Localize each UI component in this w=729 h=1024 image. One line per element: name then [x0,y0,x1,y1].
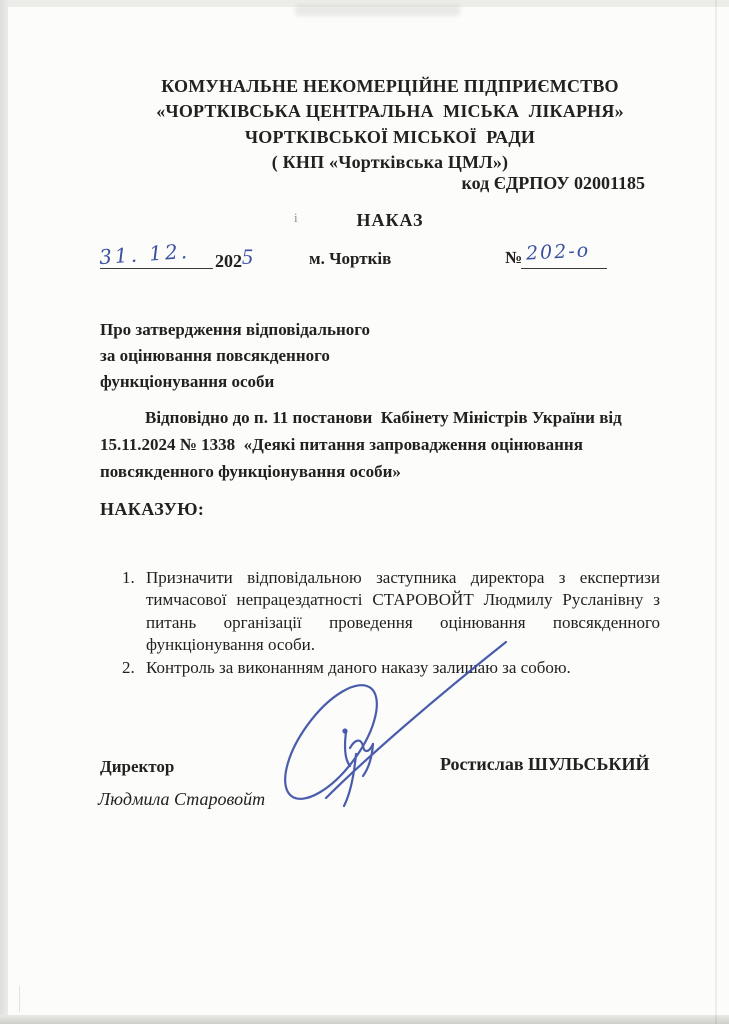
subject-line-1: Про затвердження відповідального [100,317,370,343]
item-1-line-3: питань організації проведення оцінювання… [146,612,660,634]
edrpou-code: код ЄДРПОУ 02001185 [430,173,645,194]
signer-position: Директор [100,757,174,777]
order-title: НАКАЗ [100,210,680,231]
year-handwritten-digit: 5 [242,244,253,269]
signature-ink [268,636,513,826]
org-header: КОМУНАЛЬНЕ НЕКОМЕРЦІЙНЕ ПІДПРИЄМСТВО «ЧО… [100,74,680,175]
order-subject: Про затвердження відповідального за оцін… [100,317,370,395]
subject-line-2: за оцінювання повсякденного [100,343,370,369]
stray-dot-artifact: . [312,153,316,169]
item-1-line-2: тимчасової непрацездатності СТАРОВОЙТ Лю… [146,589,660,611]
number-underline [521,268,607,269]
item-number: 2. [122,657,146,679]
scan-bleed-through-artifact [295,5,460,16]
scan-edge-right [715,0,717,1024]
handwritten-order-number: 202-о [525,239,590,264]
prepared-by-name: Людмила Старовойт [98,789,265,810]
year-printed-part: 202 [215,251,242,271]
signer-name: Ростислав ШУЛЬСЬКИЙ [440,754,649,775]
org-name-line-4: ( КНП «Чортківська ЦМЛ») [100,150,680,175]
org-name-line-2: «ЧОРТКІВСЬКА ЦЕНТРАЛЬНА МІСЬКА ЛІКАРНЯ» [100,99,680,124]
scan-edge-left [0,0,8,1024]
subject-line-3: функціонування особи [100,369,370,395]
handwritten-date: 31. 12. [98,239,190,269]
org-name-line-3: ЧОРТКІВСЬКОЇ МІСЬКОЇ РАДИ [100,125,680,150]
preamble-line-2: 15.11.2024 № 1338 «Деякі питання запрова… [100,431,660,458]
resolution-word: НАКАЗУЮ: [100,499,204,520]
scan-crease-artifact [19,986,20,1012]
preamble-line-3: повсякденного функціонування особи» [100,458,660,485]
org-name-line-1: КОМУНАЛЬНЕ НЕКОМЕРЦІЙНЕ ПІДПРИЄМСТВО [100,74,680,99]
item-number: 1. [122,567,146,657]
item-1-line-1: Призначити відповідальною заступника дир… [146,567,660,589]
preamble-line-1: Відповідно до п. 11 постанови Кабінету М… [100,404,660,431]
number-sign: № [505,248,522,268]
scan-edge-bottom [0,1015,729,1024]
year-value: 2025 [215,247,253,273]
scanned-order-document: КОМУНАЛЬНЕ НЕКОМЕРЦІЙНЕ ПІДПРИЄМСТВО «ЧО… [0,0,729,1024]
city-label: м. Чортків [309,249,391,269]
order-preamble: Відповідно до п. 11 постанови Кабінету М… [100,404,660,485]
date-underline [100,268,213,269]
